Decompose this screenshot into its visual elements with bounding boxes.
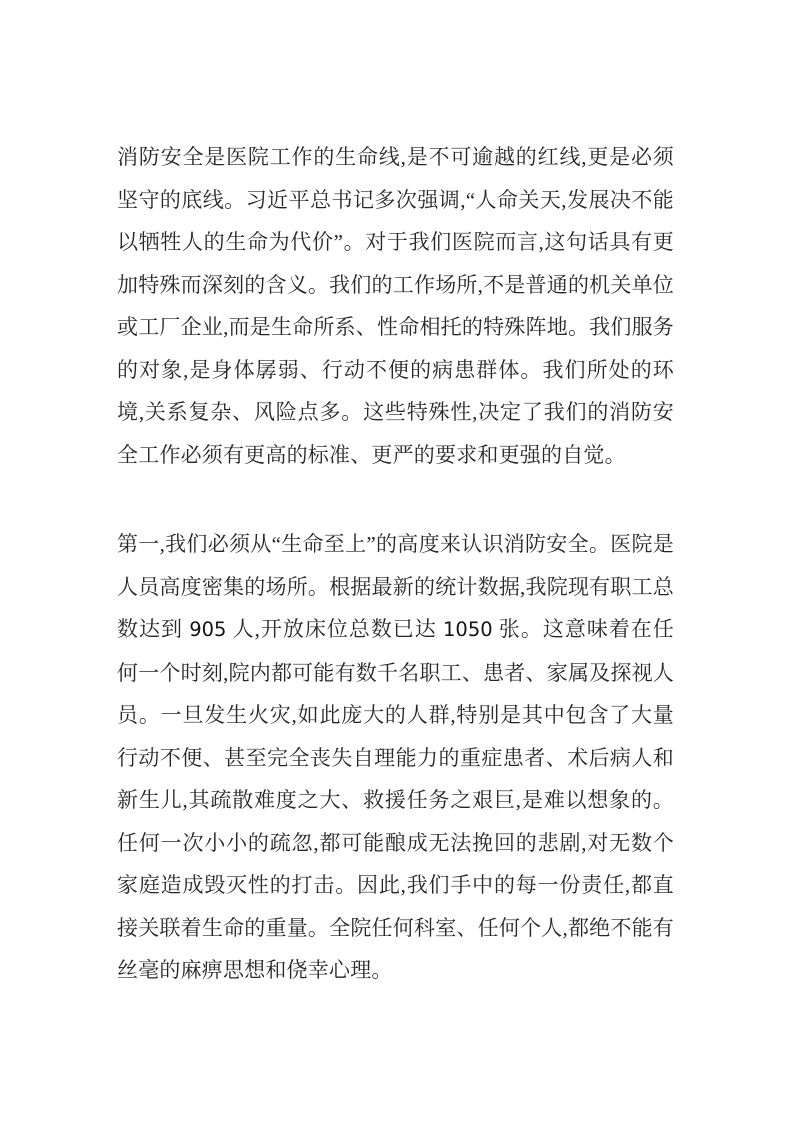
text-run: 张。这意味着在任何一个时刻,院内都可能有数千名职工、患者、家属及探视人员。一旦发…	[117, 617, 674, 982]
bed-count-number: 1050	[443, 618, 493, 641]
text-run: 消防安全是医院工作的生命线,是不可逾越的红线,更是必须坚守的底线。习近平总书记多…	[117, 145, 674, 467]
paragraph-point-one: 第一,我们必须从“生命至上”的高度来认识消防安全。医院是人员高度密集的场所。根据…	[117, 523, 674, 992]
document-page: 消防安全是医院工作的生命线,是不可逾越的红线,更是必须坚守的底线。习近平总书记多…	[0, 0, 793, 1122]
text-run: 人,开放床位总数已达	[226, 617, 443, 641]
paragraph-intro: 消防安全是医院工作的生命线,是不可逾越的红线,更是必须坚守的底线。习近平总书记多…	[117, 136, 674, 476]
staff-count-number: 905	[189, 618, 226, 641]
